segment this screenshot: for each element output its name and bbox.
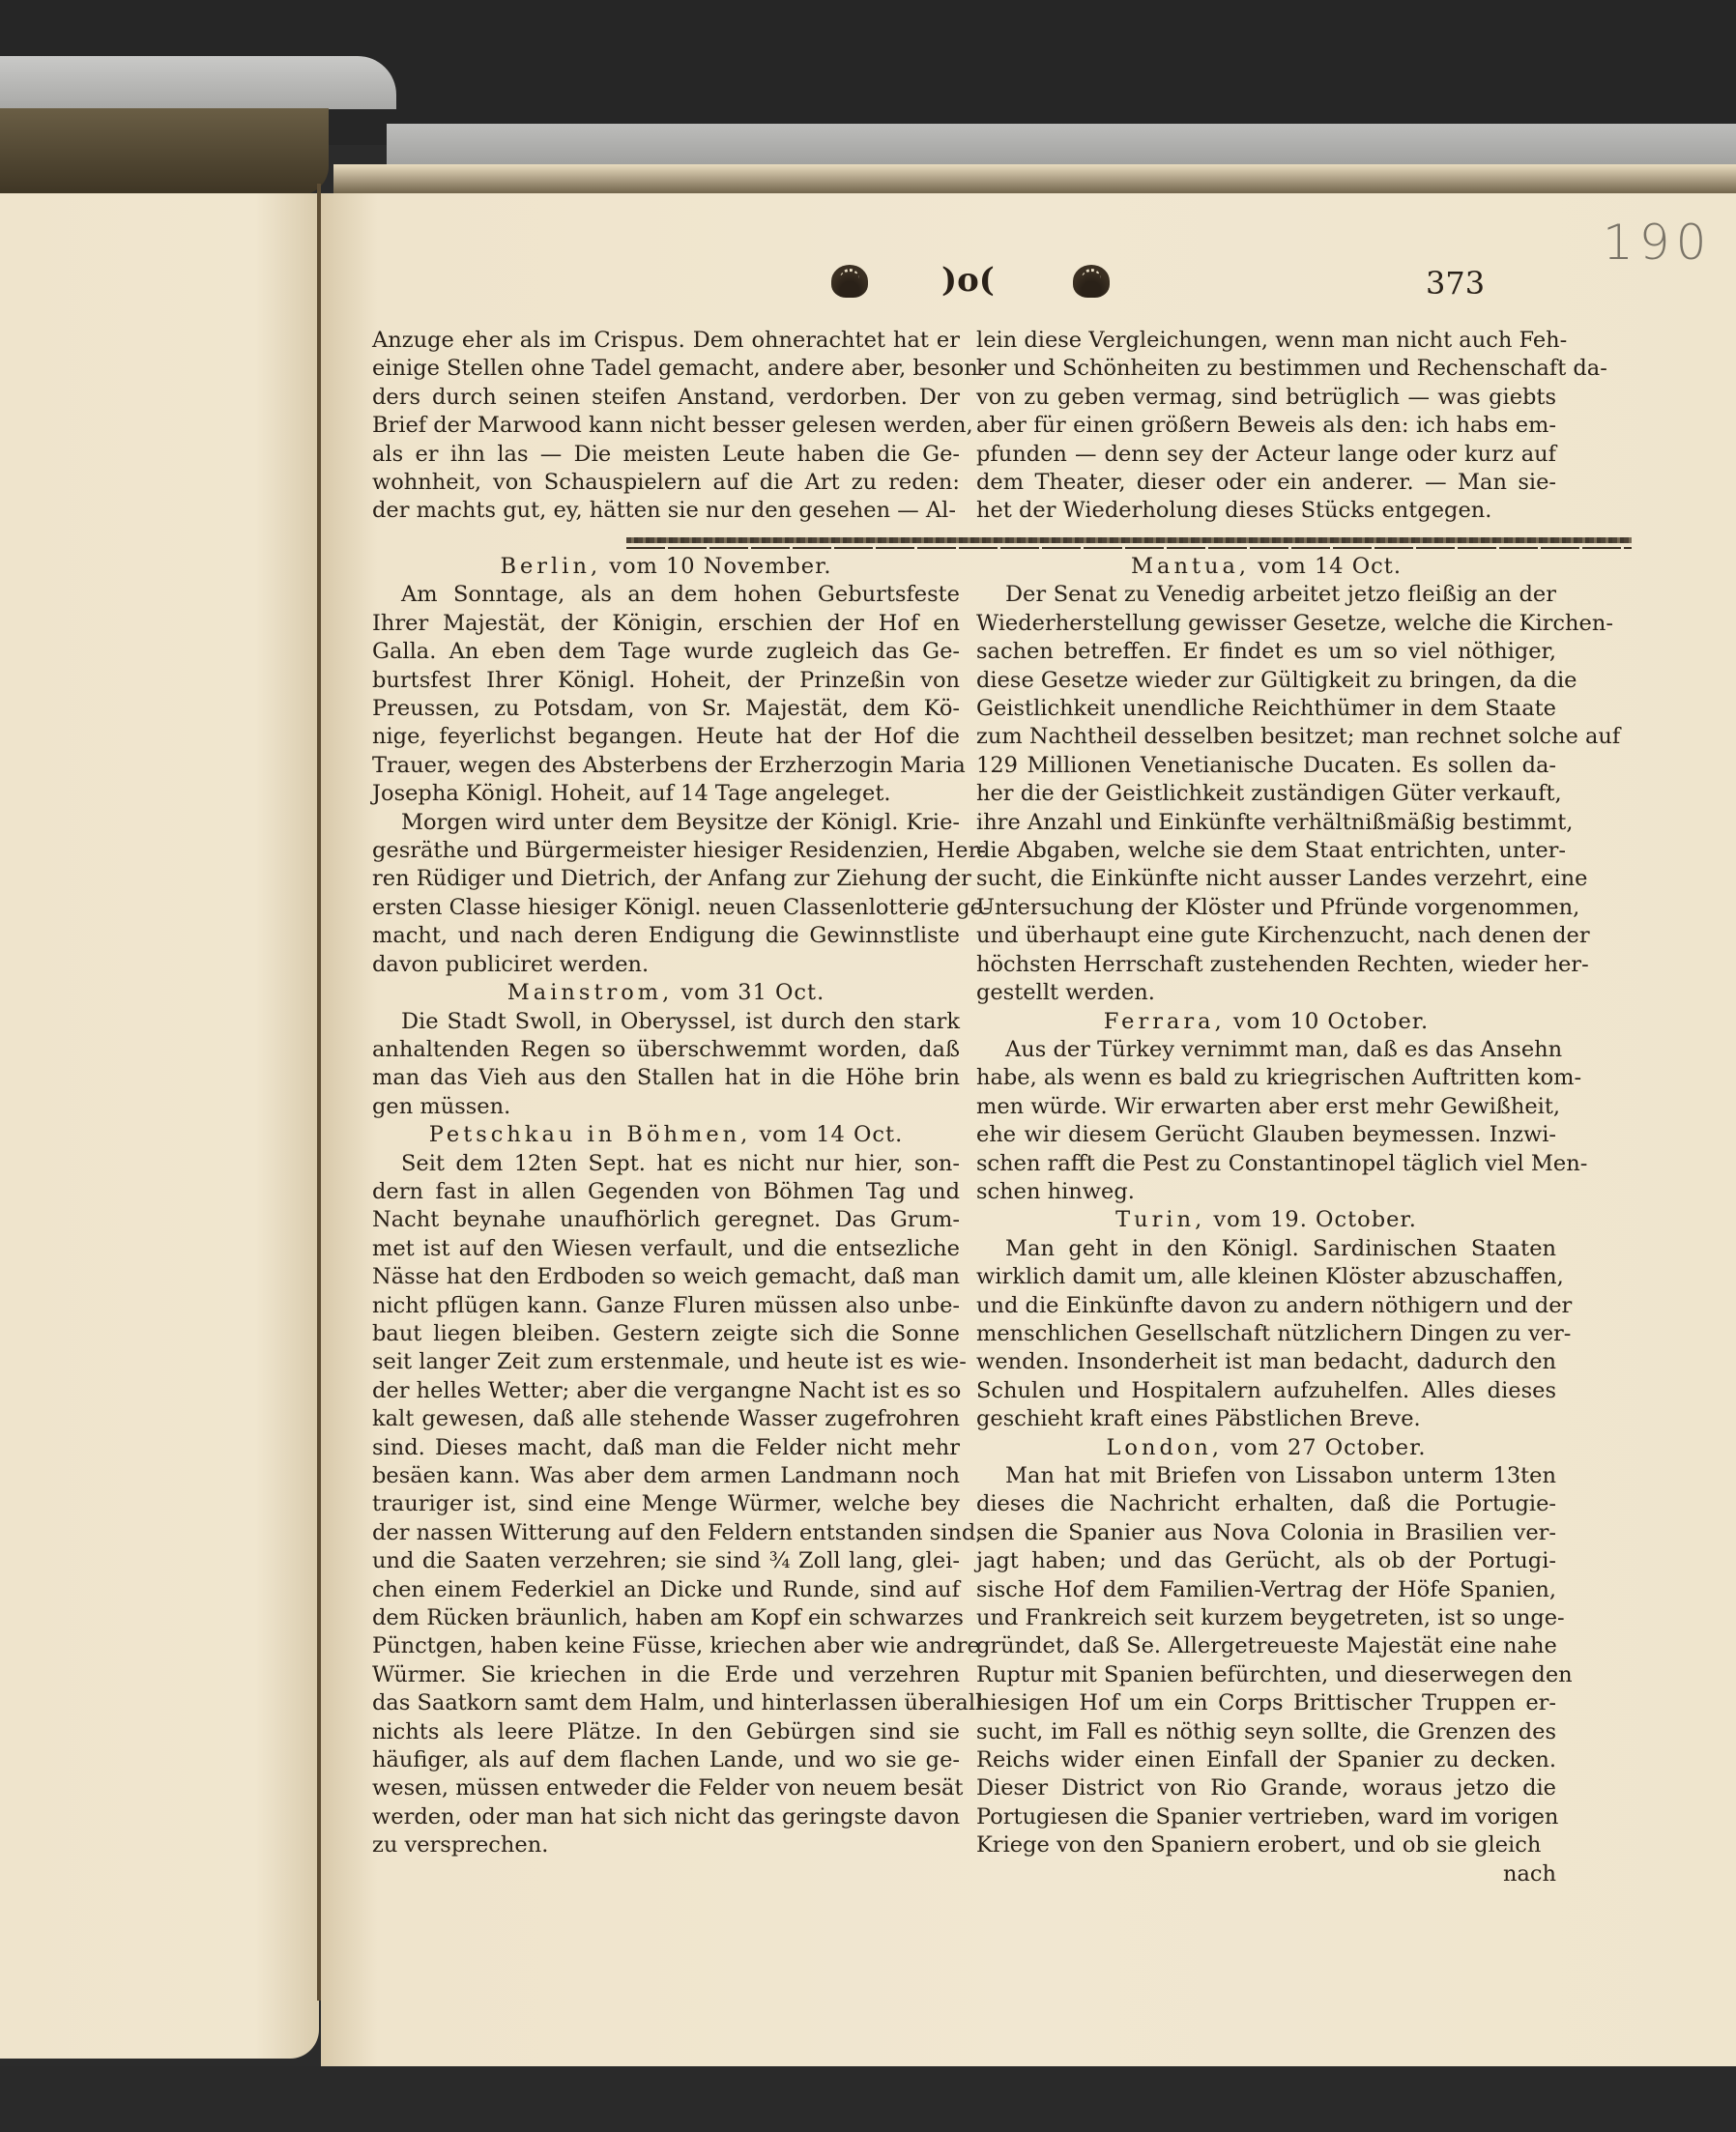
- text-line: und Frankreich seit kurzem beygetreten, …: [976, 1604, 1556, 1632]
- article-dateline: London, vom 27 October.: [976, 1434, 1556, 1462]
- text-line: besäen kann. Was aber dem armen Landmann…: [372, 1462, 960, 1490]
- text-line: gesräthe und Bürgermeister hiesiger Resi…: [372, 837, 960, 865]
- text-line: zu versprechen.: [372, 1831, 960, 1859]
- text-line: wohnheit, von Schauspielern auf die Art …: [372, 469, 960, 497]
- text-line: Kriege von den Spaniern erobert, und ob …: [976, 1831, 1556, 1859]
- dateline-place: London,: [1106, 1435, 1223, 1460]
- article-dateline: Mainstrom, vom 31 Oct.: [372, 979, 960, 1007]
- text-line: gründet, daß Se. Allergetreueste Majestä…: [976, 1632, 1556, 1660]
- text-line: sen die Spanier aus Nova Colonia in Bras…: [976, 1519, 1556, 1547]
- text-line: Preussen, zu Potsdam, von Sr. Majestät, …: [372, 695, 960, 723]
- text-line: Der Senat zu Venedig arbeitet jetzo flei…: [976, 581, 1556, 609]
- dateline-place: Mantua,: [1131, 554, 1250, 579]
- text-line: anhaltenden Regen so überschwemmt worden…: [372, 1036, 960, 1064]
- binding-tape-left: [0, 56, 396, 109]
- text-line: Man geht in den Königl. Sardinischen Sta…: [976, 1235, 1556, 1263]
- text-line: Untersuchung der Klöster und Pfründe vor…: [976, 894, 1556, 922]
- text-line: Trauer, wegen des Absterbens der Erzherz…: [372, 752, 960, 780]
- shell-ornament-icon: [1073, 265, 1110, 298]
- dateline-date: vom 10 November.: [609, 554, 831, 579]
- text-line: die Abgaben, welche sie dem Staat entric…: [976, 837, 1556, 865]
- article-dateline: Petschkau in Böhmen, vom 14 Oct.: [372, 1121, 960, 1149]
- text-line: schen hinweg.: [976, 1178, 1556, 1206]
- article-paragraph: Der Senat zu Venedig arbeitet jetzo flei…: [976, 581, 1556, 1007]
- text-line: häufiger, als auf dem flachen Lande, und…: [372, 1746, 960, 1774]
- dateline-date: vom 31 Oct.: [680, 980, 825, 1005]
- dateline-place: Mainstrom,: [507, 980, 674, 1005]
- text-line: trauriger ist, sind eine Menge Würmer, w…: [372, 1490, 960, 1518]
- text-line: chen einem Federkiel an Dicke und Runde,…: [372, 1576, 960, 1604]
- article-dateline: Mantua, vom 14 Oct.: [976, 553, 1556, 581]
- text-line: das Saatkorn samt dem Halm, und hinterla…: [372, 1689, 960, 1717]
- text-line: Wiederherstellung gewisser Gesetze, welc…: [976, 610, 1556, 638]
- text-line: diese Gesetze wieder zur Gültigkeit zu b…: [976, 667, 1556, 695]
- text-line: ersten Classe hiesiger Königl. neuen Cla…: [372, 894, 960, 922]
- text-line: von zu geben vermag, sind betrüglich — w…: [976, 384, 1556, 412]
- text-line: dern fast in allen Gegenden von Böhmen T…: [372, 1178, 960, 1206]
- article-paragraph: Die Stadt Swoll, in Oberyssel, ist durch…: [372, 1008, 960, 1122]
- text-line: met ist auf den Wiesen verfault, und die…: [372, 1235, 960, 1263]
- text-line: sucht, im Fall es nöthig seyn sollte, di…: [976, 1718, 1556, 1746]
- text-line: ehe wir diesem Gerücht Glauben beymessen…: [976, 1121, 1556, 1149]
- text-line: geschieht kraft eines Päbstlichen Breve.: [976, 1405, 1556, 1433]
- text-line: lein diese Vergleichungen, wenn man nich…: [976, 327, 1556, 355]
- text-line: ren Rüdiger und Dietrich, der Anfang zur…: [372, 865, 960, 893]
- section-divider-rule: [626, 537, 1632, 543]
- text-line: als er ihn las — Die meisten Leute haben…: [372, 441, 960, 469]
- text-line: gen müssen.: [372, 1093, 960, 1121]
- text-line: Josepha Königl. Hoheit, auf 14 Tage ange…: [372, 780, 960, 808]
- text-line: Ihrer Majestät, der Königin, erschien de…: [372, 610, 960, 638]
- header-separator: )o(: [941, 261, 995, 300]
- text-line: Man hat mit Briefen von Lissabon unterm …: [976, 1462, 1556, 1490]
- text-line: sische Hof dem Familien-Vertrag der Höfe…: [976, 1576, 1556, 1604]
- text-line: wesen, müssen entweder die Felder von ne…: [372, 1774, 960, 1802]
- text-line: Reichs wider einen Einfall der Spanier z…: [976, 1746, 1556, 1774]
- text-line: höchsten Herrschaft zustehenden Rechten,…: [976, 951, 1556, 979]
- text-line: werden, oder man hat sich nicht das geri…: [372, 1803, 960, 1831]
- text-line: Pünctgen, haben keine Füsse, kriechen ab…: [372, 1632, 960, 1660]
- section-divider-thin-rule: [626, 547, 1632, 549]
- text-line: men würde. Wir erwarten aber erst mehr G…: [976, 1093, 1556, 1121]
- article-paragraph: Am Sonntage, als an dem hohen Geburtsfes…: [372, 581, 960, 808]
- facing-page-left: [0, 193, 319, 2059]
- article-paragraph: Man hat mit Briefen von Lissabon unterm …: [976, 1462, 1556, 1860]
- text-line: macht, und nach deren Endigung die Gewin…: [372, 922, 960, 950]
- dateline-place: Petschkau in Böhmen,: [429, 1122, 752, 1147]
- text-line: het der Wiederholung dieses Stücks entge…: [976, 497, 1556, 525]
- dateline-date: vom 19. October.: [1213, 1207, 1416, 1232]
- text-line: Portugiesen die Spanier vertrieben, ward…: [976, 1803, 1556, 1831]
- dateline-date: vom 14 Oct.: [1258, 554, 1402, 579]
- text-line: wirklich damit um, alle kleinen Klöster …: [976, 1263, 1556, 1291]
- article-paragraph: Morgen wird unter dem Beysitze der König…: [372, 809, 960, 979]
- shell-ornament-icon: [831, 265, 868, 298]
- text-line: ler und Schönheiten zu bestimmen und Rec…: [976, 355, 1556, 383]
- text-line: sind. Dieses macht, daß man die Felder n…: [372, 1434, 960, 1462]
- text-line: Seit dem 12ten Sept. hat es nicht nur hi…: [372, 1150, 960, 1178]
- text-line: dieses die Nachricht erhalten, daß die P…: [976, 1490, 1556, 1518]
- text-line: und die Saaten verzehren; sie sind ¾ Zol…: [372, 1547, 960, 1575]
- text-line: dem Theater, dieser oder ein anderer. — …: [976, 469, 1556, 497]
- text-line: kalt gewesen, daß alle stehende Wasser z…: [372, 1405, 960, 1433]
- text-line: sucht, die Einkünfte nicht ausser Landes…: [976, 865, 1556, 893]
- dateline-place: Ferrara,: [1104, 1009, 1226, 1034]
- text-line: gestellt werden.: [976, 979, 1556, 1007]
- text-line: nige, feyerlichst begangen. Heute hat de…: [372, 723, 960, 751]
- text-line: der nassen Witterung auf den Feldern ent…: [372, 1519, 960, 1547]
- text-line: nicht pflügen kann. Ganze Fluren müssen …: [372, 1292, 960, 1320]
- book-gutter: [317, 184, 321, 2001]
- text-line: Würmer. Sie kriechen in die Erde und ver…: [372, 1661, 960, 1689]
- text-line: menschlichen Gesellschaft nützlichern Di…: [976, 1320, 1556, 1348]
- text-line: burtsfest Ihrer Königl. Hoheit, der Prin…: [372, 667, 960, 695]
- text-line: dem Rücken bräunlich, haben am Kopf ein …: [372, 1604, 960, 1632]
- text-line: und überhaupt eine gute Kirchenzucht, na…: [976, 922, 1556, 950]
- text-line: aber für einen größern Beweis als den: i…: [976, 412, 1556, 440]
- page-number: 373: [1426, 265, 1485, 302]
- text-line: pfunden — denn sey der Acteur lange oder…: [976, 441, 1556, 469]
- text-line: Ruptur mit Spanien befürchten, und diese…: [976, 1661, 1556, 1689]
- text-line: jagt haben; und das Gerücht, als ob der …: [976, 1547, 1556, 1575]
- text-line: wenden. Insonderheit ist man bedacht, da…: [976, 1348, 1556, 1376]
- text-line: seit langer Zeit zum erstenmale, und heu…: [372, 1348, 960, 1376]
- article-paragraph: Aus der Türkey vernimmt man, daß es das …: [976, 1036, 1556, 1206]
- text-line: Galla. An eben dem Tage wurde zugleich d…: [372, 638, 960, 666]
- text-line: Am Sonntage, als an dem hohen Geburtsfes…: [372, 581, 960, 609]
- text-line: man das Vieh aus den Stallen hat in die …: [372, 1064, 960, 1092]
- text-line: sachen betreffen. Er findet es um so vie…: [976, 638, 1556, 666]
- dateline-date: vom 27 October.: [1230, 1435, 1426, 1460]
- text-line: nichts als leere Plätze. In den Gebürgen…: [372, 1718, 960, 1746]
- text-line: Aus der Türkey vernimmt man, daß es das …: [976, 1036, 1556, 1064]
- intro-text-left: Anzuge eher als im Crispus. Dem ohnerach…: [372, 327, 960, 526]
- text-line: habe, als wenn es bald zu kriegrischen A…: [976, 1064, 1556, 1092]
- text-line: Nässe hat den Erdboden so weich gemacht,…: [372, 1263, 960, 1291]
- text-line: hiesigen Hof um ein Corps Brittischer Tr…: [976, 1689, 1556, 1717]
- dateline-place: Berlin,: [500, 554, 601, 579]
- intro-text-right: lein diese Vergleichungen, wenn man nich…: [976, 327, 1556, 526]
- dateline-date: vom 14 Oct.: [759, 1122, 903, 1147]
- text-line: zum Nachtheil desselben besitzet; man re…: [976, 723, 1556, 751]
- dateline-date: vom 10 October.: [1233, 1009, 1429, 1034]
- text-line: her die der Geistlichkeit zuständigen Gü…: [976, 780, 1556, 808]
- text-line: Schulen und Hospitalern aufzuhelfen. All…: [976, 1377, 1556, 1405]
- scan-backdrop-bottom: [0, 2066, 1736, 2132]
- article-dateline: Berlin, vom 10 November.: [372, 553, 960, 581]
- text-line: Geistlichkeit unendliche Reichthümer in …: [976, 695, 1556, 723]
- news-column-left: Berlin, vom 10 November.Am Sonntage, als…: [372, 553, 960, 1860]
- running-header: )o( 373: [812, 259, 1624, 317]
- text-line: Dieser District von Rio Grande, woraus j…: [976, 1774, 1556, 1802]
- article-dateline: Ferrara, vom 10 October.: [976, 1008, 1556, 1036]
- text-line: Die Stadt Swoll, in Oberyssel, ist durch…: [372, 1008, 960, 1036]
- text-line: schen rafft die Pest zu Constantinopel t…: [976, 1150, 1556, 1178]
- catchword: nach: [976, 1860, 1556, 1888]
- text-line: Anzuge eher als im Crispus. Dem ohnerach…: [372, 327, 960, 355]
- page-stack-edge-left: [0, 108, 329, 195]
- text-line: Morgen wird unter dem Beysitze der König…: [372, 809, 960, 837]
- text-line: und die Einkünfte davon zu andern nöthig…: [976, 1292, 1556, 1320]
- article-paragraph: Seit dem 12ten Sept. hat es nicht nur hi…: [372, 1150, 960, 1860]
- text-line: der machts gut, ey, hätten sie nur den g…: [372, 497, 960, 525]
- text-line: Nacht beynahe unaufhörlich geregnet. Das…: [372, 1206, 960, 1234]
- text-line: baut liegen bleiben. Gestern zeigte sich…: [372, 1320, 960, 1348]
- text-line: Brief der Marwood kann nicht besser gele…: [372, 412, 960, 440]
- text-line: 129 Millionen Venetianische Ducaten. Es …: [976, 752, 1556, 780]
- text-line: der helles Wetter; aber die vergangne Na…: [372, 1377, 960, 1405]
- article-paragraph: Man geht in den Königl. Sardinischen Sta…: [976, 1235, 1556, 1434]
- news-column-right: Mantua, vom 14 Oct.Der Senat zu Venedig …: [976, 553, 1556, 1888]
- text-line: einige Stellen ohne Tadel gemacht, ander…: [372, 355, 960, 383]
- dateline-place: Turin,: [1115, 1207, 1205, 1232]
- binding-tape-right: [387, 124, 1736, 170]
- text-line: davon publiciret werden.: [372, 951, 960, 979]
- article-dateline: Turin, vom 19. October.: [976, 1206, 1556, 1234]
- text-line: ders durch seinen steifen Anstand, verdo…: [372, 384, 960, 412]
- text-line: ihre Anzahl und Einkünfte verhältnißmäßi…: [976, 809, 1556, 837]
